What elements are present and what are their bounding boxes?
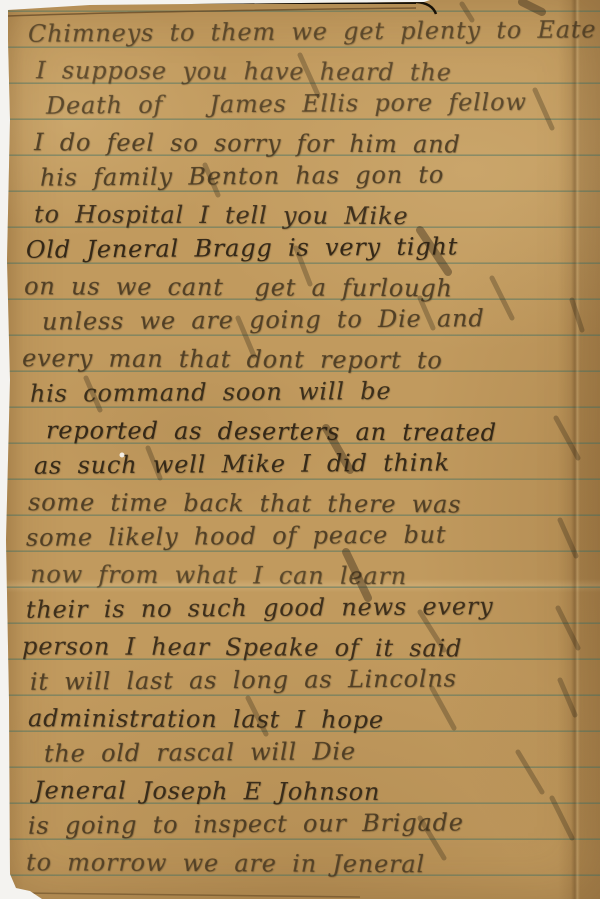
handwritten-text: Chimneys to them we get plenty to Eate I…: [0, 12, 600, 876]
letter-line: as such well Mike I did think: [0, 439, 600, 480]
letter-line: some likely hood of peace but: [0, 511, 600, 552]
letter-line: his command soon will be: [0, 367, 600, 408]
letter-line: Old Jeneral Bragg is very tight: [0, 223, 600, 264]
letter-line: the old rascal will Die: [0, 727, 600, 768]
letter-line: their is no such good news every: [0, 583, 600, 624]
letter-line: Death of James Ellis pore fellow: [0, 79, 600, 120]
letter-line: to morrow we are in Jeneral: [0, 840, 600, 879]
letter-line: his family Benton has gon to: [0, 151, 600, 192]
letter-line: is going to inspect our Brigade: [0, 799, 600, 840]
letter-line: it will last as long as Lincolns: [0, 655, 600, 696]
letter-line: Chimneys to them we get plenty to Eate: [0, 7, 600, 48]
letter-line: unless we are going to Die and: [0, 295, 600, 336]
letter-page: Chimneys to them we get plenty to Eate I…: [0, 0, 600, 899]
